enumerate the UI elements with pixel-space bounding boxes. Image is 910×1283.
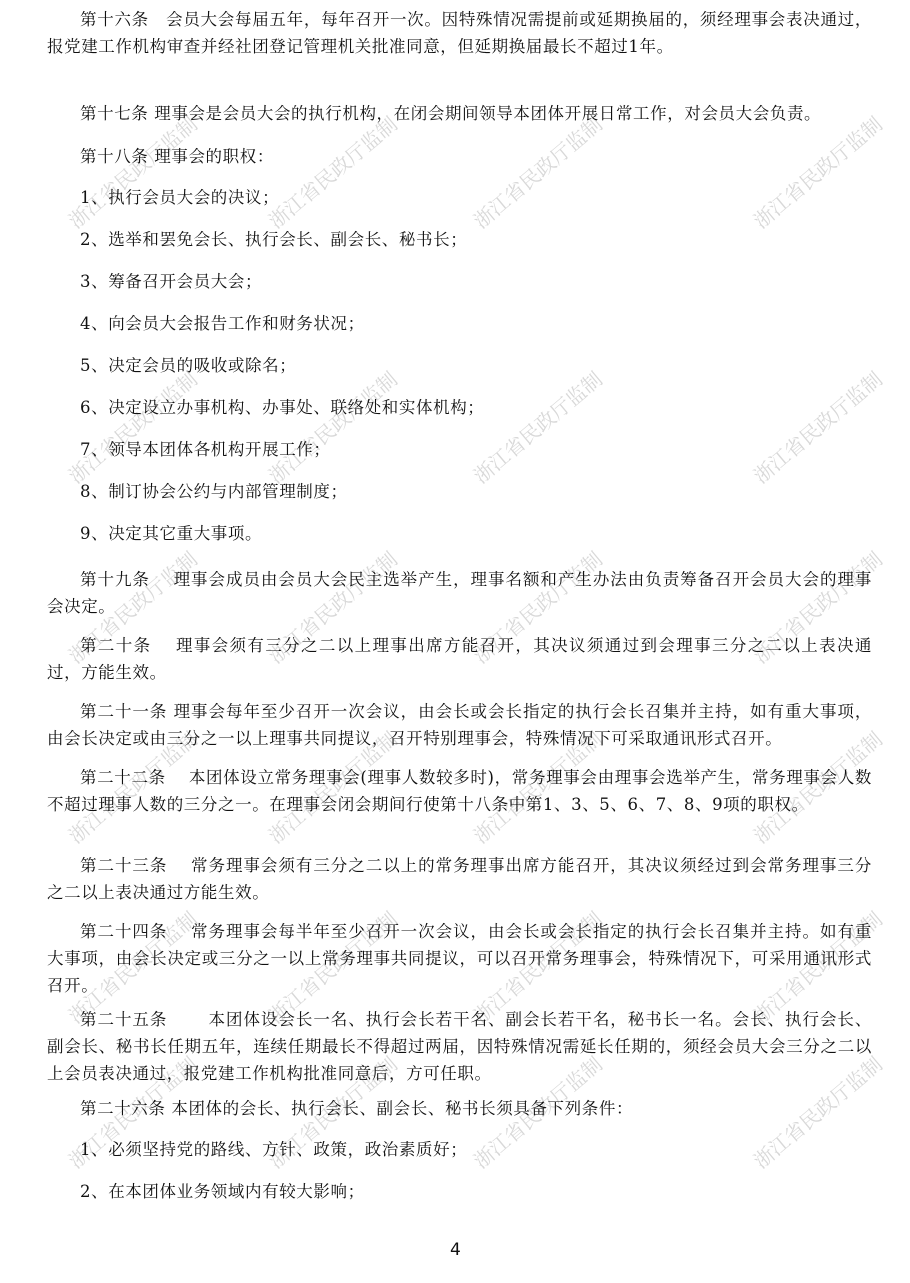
list-item: 6、决定设立办事机构、办事处、联络处和实体机构； — [80, 394, 484, 421]
document-page: 浙江省民政厅监制 浙江省民政厅监制 浙江省民政厅监制 浙江省民政厅监制 浙江省民… — [0, 0, 910, 1283]
page-number: 4 — [450, 1240, 461, 1260]
list-item: 9、决定其它重大事项。 — [80, 520, 262, 547]
article-18-heading: 第十八条 理事会的职权： — [47, 143, 872, 170]
list-item: 5、决定会员的吸收或除名； — [80, 352, 296, 379]
article-26-heading: 第二十六条 本团体的会长、执行会长、副会长、秘书长须具备下列条件： — [47, 1095, 872, 1122]
article-25: 第二十五条 本团体设会长一名、执行会长若干名、副会长若干名，秘书长一名。会长、执… — [47, 1006, 872, 1087]
watermark: 浙江省民政厅监制 — [261, 109, 402, 234]
list-item: 4、向会员大会报告工作和财务状况； — [80, 310, 365, 337]
article-19: 第十九条 理事会成员由会员大会民主选举产生，理事名额和产生办法由负责筹备召开会员… — [47, 566, 872, 620]
watermark: 浙江省民政厅监制 — [466, 364, 607, 489]
watermark: 浙江省民政厅监制 — [261, 364, 402, 489]
list-item: 2、在本团体业务领域内有较大影响； — [80, 1178, 365, 1205]
article-20: 第二十条 理事会须有三分之二以上理事出席方能召开，其决议须通过到会理事三分之二以… — [47, 632, 872, 686]
list-item: 2、选举和罢免会长、执行会长、副会长、秘书长； — [80, 226, 467, 253]
list-item: 8、制订协会公约与内部管理制度； — [80, 478, 348, 505]
list-item: 3、筹备召开会员大会； — [80, 268, 262, 295]
list-item: 7、领导本团体各机构开展工作； — [80, 436, 331, 463]
article-16: 第十六条 会员大会每届五年，每年召开一次。因特殊情况需提前或延期换届的，须经理事… — [47, 6, 872, 60]
article-23: 第二十三条 常务理事会须有三分之二以上的常务理事出席方能召开，其决议须经过到会常… — [47, 852, 872, 906]
watermark: 浙江省民政厅监制 — [746, 109, 887, 234]
list-item: 1、执行会员大会的决议； — [80, 184, 279, 211]
list-item: 1、必须坚持党的路线、方针、政策，政治素质好； — [80, 1136, 467, 1163]
watermark: 浙江省民政厅监制 — [466, 109, 607, 234]
article-21: 第二十一条 理事会每年至少召开一次会议，由会长或会长指定的执行会长召集并主持，如… — [47, 698, 872, 752]
article-17: 第十七条 理事会是会员大会的执行机构，在闭会期间领导本团体开展日常工作，对会员大… — [47, 100, 872, 127]
watermark: 浙江省民政厅监制 — [61, 364, 202, 489]
watermark: 浙江省民政厅监制 — [746, 364, 887, 489]
article-24: 第二十四条 常务理事会每半年至少召开一次会议，由会长或会长指定的执行会长召集并主… — [47, 918, 872, 999]
watermark: 浙江省民政厅监制 — [61, 109, 202, 234]
article-22: 第二十二条 本团体设立常务理事会(理事人数较多时)，常务理事会由理事会选举产生，… — [47, 764, 872, 818]
